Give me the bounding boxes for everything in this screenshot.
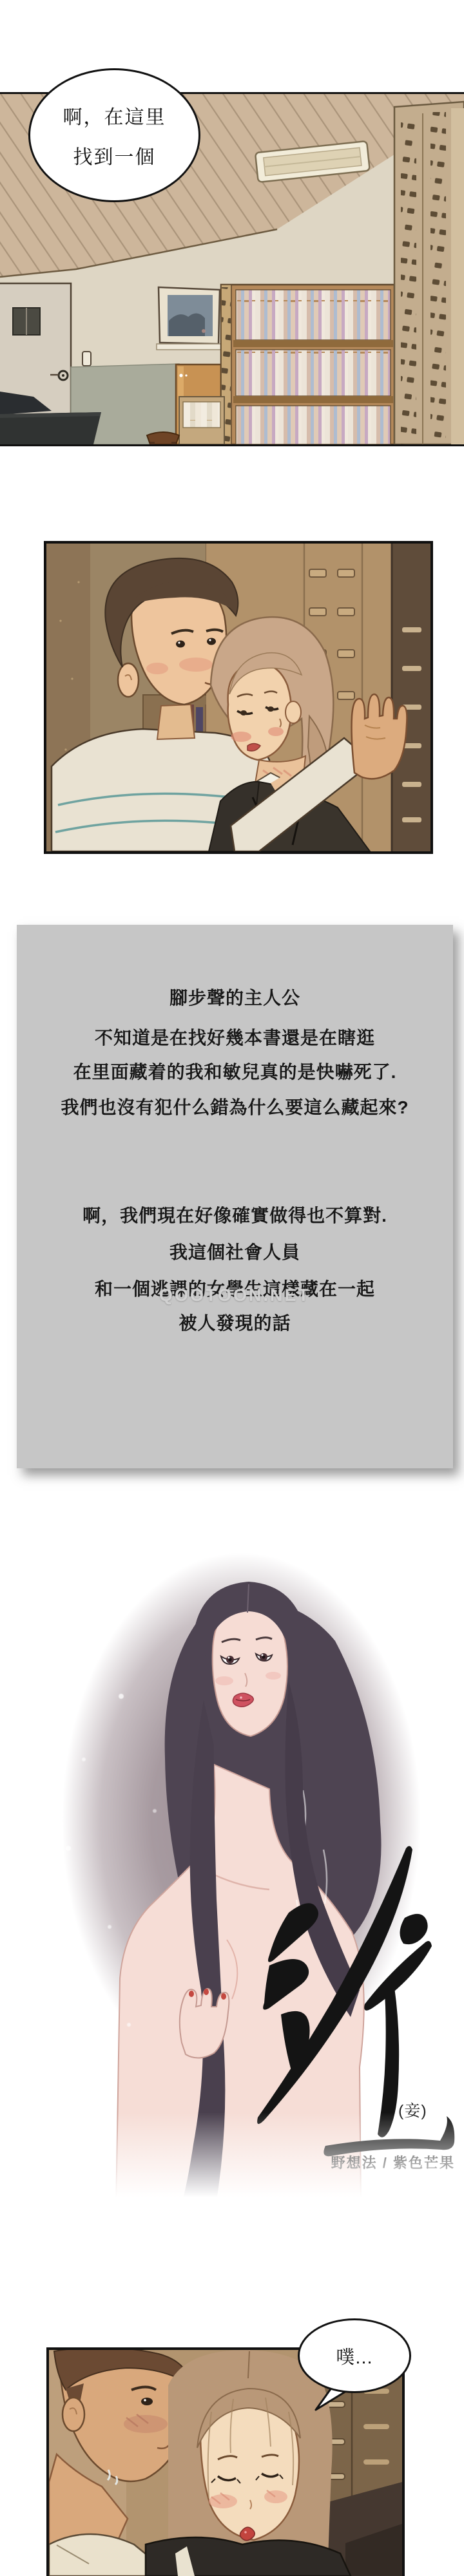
title-illustration: (妾) 野想法 / 紫色芒果 — [0, 1488, 464, 2209]
library-window — [157, 287, 221, 350]
narration-line-3: 在里面藏着的我和敏兒真的是快嚇死了. — [17, 1058, 453, 1084]
bubble2-text: 噗... — [336, 2343, 372, 2369]
man-eye — [141, 2398, 153, 2405]
bubble1-line2: 找到一個 — [73, 141, 156, 169]
bookshelf — [221, 285, 394, 444]
narration-box: 腳步聲的主人公 不知道是在找好幾本書還是在瞎逛 在里面藏着的我和敏兒真的是快嚇死… — [17, 925, 453, 1468]
narration-line-1: 腳步聲的主人公 — [17, 984, 453, 1010]
shelf-columns — [394, 102, 464, 444]
man-ear — [63, 2398, 84, 2431]
narration-line-4: 我們也沒有犯什么錯為什么要這么藏起來? — [17, 1094, 453, 1119]
light-switch — [82, 352, 91, 366]
speech-bubble-library: 啊，在這里 找到一個 — [28, 68, 200, 202]
stool — [147, 432, 179, 444]
bubble1-line1: 啊，在這里 — [63, 101, 166, 129]
narration-line-2: 不知道是在找好幾本書還是在瞎逛 — [17, 1024, 453, 1050]
speech-bubble-closeup: 噗... — [298, 2318, 411, 2393]
man-ear — [118, 663, 139, 697]
title-portrait — [0, 1488, 464, 2209]
small-shelf — [179, 397, 224, 444]
narration-line-5: 啊，我們現在好像確實做得也不算對. — [17, 1202, 453, 1227]
woman-ear — [285, 701, 301, 723]
man-eye — [176, 641, 185, 648]
panel-hiding-couple — [44, 541, 433, 854]
hiding-scene — [46, 544, 430, 851]
narration-line-8: 被人發現的話 — [17, 1309, 453, 1335]
bottom-fade — [0, 2112, 464, 2209]
man-neck — [157, 705, 195, 739]
narration-line-6: 我這個社會人員 — [17, 1238, 453, 1264]
sparkle-dots — [0, 1488, 3, 1490]
site-watermark: QOOTOON.NET — [17, 1285, 453, 1305]
webtoon-page: 啊，在這里 找到一個 — [0, 0, 464, 2576]
